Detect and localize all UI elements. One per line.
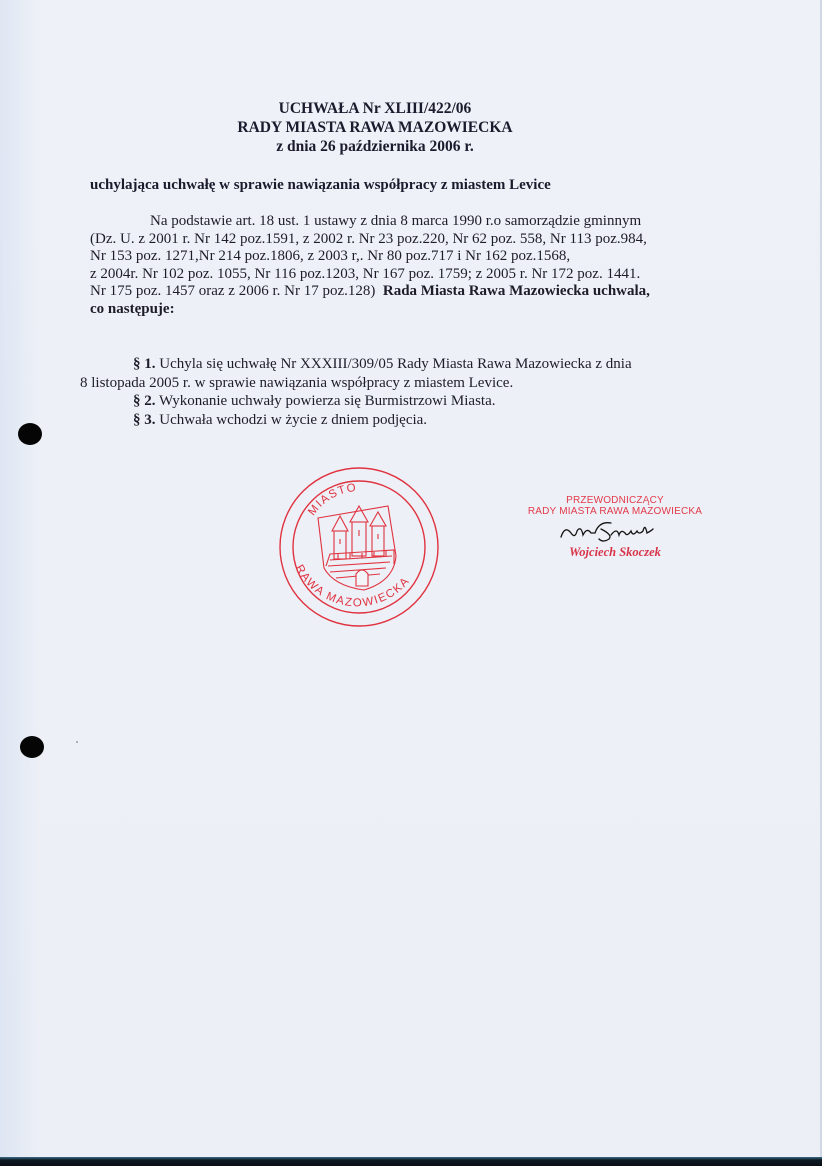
preamble-line: Nr 175 poz. 1457 oraz z 2006 r. Nr 17 po… bbox=[90, 283, 375, 299]
paragraph-1-continuation: 8 listopada 2005 r. w sprawie nawiązania… bbox=[80, 374, 730, 393]
preamble-enacting-clause: Rada Miasta Rawa Mazowiecka uchwala, bbox=[383, 283, 650, 299]
scanned-page: UCHWAŁA Nr XLIII/422/06 RADY MIASTA RAWA… bbox=[0, 0, 822, 1157]
paragraph-number: § 1. bbox=[133, 356, 156, 372]
preamble-line: Nr 153 poz. 1271,Nr 214 poz.1806, z 2003… bbox=[90, 248, 730, 266]
paragraph-number: § 2. bbox=[133, 393, 156, 409]
punch-hole bbox=[20, 736, 44, 758]
paragraph-2: § 2. Wykonanie uchwały powierza się Burm… bbox=[80, 392, 730, 411]
paragraph-text: Uchwała wchodzi w życie z dniem podjęcia… bbox=[156, 412, 428, 428]
preamble-enacting-clause-end: co następuje: bbox=[90, 301, 175, 317]
handwritten-signature-icon bbox=[555, 519, 675, 545]
legal-basis-preamble: Na podstawie art. 18 ust. 1 ustawy z dni… bbox=[90, 213, 730, 319]
preamble-line: (Dz. U. z 2001 r. Nr 142 poz.1591, z 200… bbox=[90, 231, 730, 249]
preamble-line: Na podstawie art. 18 ust. 1 ustawy z dni… bbox=[150, 213, 641, 229]
preamble-line: z 2004r. Nr 102 poz. 1055, Nr 116 poz.12… bbox=[90, 266, 730, 284]
resolution-date: z dnia 26 października 2006 r. bbox=[150, 137, 600, 156]
document-header: UCHWAŁA Nr XLIII/422/06 RADY MIASTA RAWA… bbox=[150, 99, 600, 156]
signatory-name: Wojciech Skoczek bbox=[505, 545, 725, 560]
castle-coat-of-arms-icon bbox=[318, 506, 396, 590]
signature-block: PRZEWODNICZĄCY RADY MIASTA RAWA MAZOWIEC… bbox=[505, 495, 725, 560]
punch-hole bbox=[18, 423, 42, 445]
resolution-paragraphs: § 1. Uchyla się uchwałę Nr XXXIII/309/05… bbox=[80, 355, 730, 429]
paragraph-text: Wykonanie uchwały powierza się Burmistrz… bbox=[156, 393, 496, 409]
scanner-bottom-edge bbox=[0, 1157, 822, 1166]
scan-speck bbox=[76, 741, 78, 743]
resolution-title: UCHWAŁA Nr XLIII/422/06 bbox=[150, 99, 600, 118]
resolution-subject: uchylająca uchwałę w sprawie nawiązania … bbox=[90, 177, 551, 194]
paragraph-1: § 1. Uchyla się uchwałę Nr XXXIII/309/05… bbox=[80, 355, 730, 374]
paragraph-text: Uchyla się uchwałę Nr XXXIII/309/05 Rady… bbox=[156, 356, 632, 372]
paragraph-number: § 3. bbox=[133, 412, 156, 428]
paragraph-3: § 3. Uchwała wchodzi w życie z dniem pod… bbox=[80, 411, 730, 430]
signature-council: RADY MIASTA RAWA MAZOWIECKA bbox=[505, 506, 725, 517]
city-seal-stamp: MIASTO RAWA MAZOWIECKA bbox=[278, 466, 440, 628]
council-name: RADY MIASTA RAWA MAZOWIECKA bbox=[150, 118, 600, 137]
signature-title: PRZEWODNICZĄCY bbox=[505, 495, 725, 506]
